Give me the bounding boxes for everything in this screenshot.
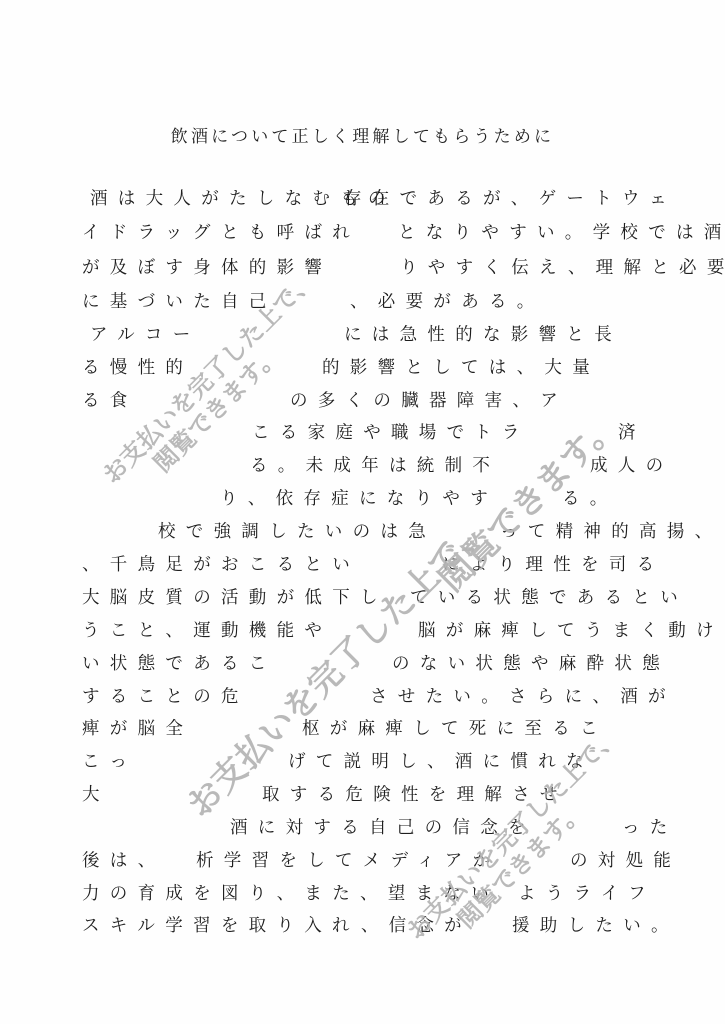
text-fragment: の多くの臓器障害、ア [290, 386, 568, 416]
text-fragment: 大 [82, 780, 110, 810]
text-fragment: げて説明し、酒に慣れな [288, 747, 594, 777]
text-fragment: 的影響としては、大量 [322, 353, 600, 383]
text-line: 酒に対する自己の信念をった [0, 813, 725, 843]
text-fragment: のない状態や麻酔状態 [392, 649, 670, 679]
text-fragment: りやすく伝え、理解と必要 [400, 253, 725, 283]
text-fragment: 痺が脳全 [82, 714, 193, 744]
text-line: 大脳皮質の活動が低下している状態であるとい [0, 583, 725, 613]
text-fragment: 後は、 [82, 846, 165, 876]
text-fragment: る慢性的 [82, 353, 193, 383]
document-title: 飲酒について正しく理解してもらうために [0, 122, 725, 147]
text-fragment: 大脳皮質の活動が低下し [82, 583, 388, 613]
text-fragment: 脳が麻痺してうまく動けな [418, 616, 725, 646]
text-line: 、千鳥足がおこるといにより理性を司る [0, 550, 725, 580]
text-fragment: った [622, 813, 678, 843]
text-line: る慢性的的影響としては、大量 [0, 353, 725, 383]
text-fragment: の対処能 [570, 846, 681, 876]
text-fragment: アルコー [90, 320, 201, 350]
text-fragment: こっ [82, 747, 137, 777]
text-fragment: ようライフ [518, 879, 656, 909]
text-fragment: る。未成年は統制不 [250, 451, 500, 481]
text-fragment: には急性的な影響と長 [344, 320, 622, 350]
text-line: イドラッグとも呼ばれとなりやすい。学校では酒 [0, 218, 725, 248]
text-line: することの危させたい。さらに、酒が [0, 682, 725, 712]
text-fragment: することの危 [82, 682, 249, 712]
text-fragment: 枢が麻痺して死に至るこ [302, 714, 608, 744]
text-line: る食の多くの臓器障害、ア [0, 386, 725, 416]
document-page: 飲酒について正しく理解してもらうために 酒は大人がたしなむもの存在であるが、ゲー… [0, 0, 725, 1024]
text-fragment: うこと、運動機能や [82, 616, 332, 646]
text-line: が及ぼす身体的影響りやすく伝え、理解と必要 [0, 253, 725, 283]
text-line: 酒は大人がたしなむもの存在であるが、ゲートウェ [0, 184, 725, 214]
text-line: に基づいた自己、必要がある。 [0, 287, 725, 317]
text-fragment: 、千鳥足がおこるとい [82, 550, 360, 580]
text-line: スキル学習を取り入れ、信念が援助したい。 [0, 911, 725, 941]
text-fragment: る食 [82, 386, 138, 416]
text-fragment: 、必要がある。 [350, 287, 545, 317]
text-fragment: イドラッグとも呼ばれ [82, 218, 360, 248]
text-fragment: い状態であるこ [82, 649, 277, 679]
text-fragment: に基づいた自己 [82, 287, 277, 317]
text-fragment: こる家庭や職場でトラ [252, 418, 530, 448]
text-line: 力の育成を図り、また、望まないようライフ [0, 879, 725, 909]
text-fragment: 援助したい。 [512, 911, 679, 941]
text-line: 校で強調したいのは急って精神的高揚、 [0, 517, 725, 547]
text-fragment: 校で強調したいのは急 [158, 517, 436, 547]
text-fragment: り、依存症になりやす [220, 484, 498, 514]
text-fragment: させたい。さらに、酒が [370, 682, 676, 712]
text-fragment: となりやすい。学校では酒 [398, 218, 725, 248]
text-line: り、依存症になりやする。 [0, 484, 725, 514]
text-line: 後は、析学習をしてメディアかの対処能 [0, 846, 725, 876]
text-line: アルコーには急性的な影響と長 [0, 320, 725, 350]
text-fragment: 存在であるが、ゲートウェ [344, 184, 677, 214]
